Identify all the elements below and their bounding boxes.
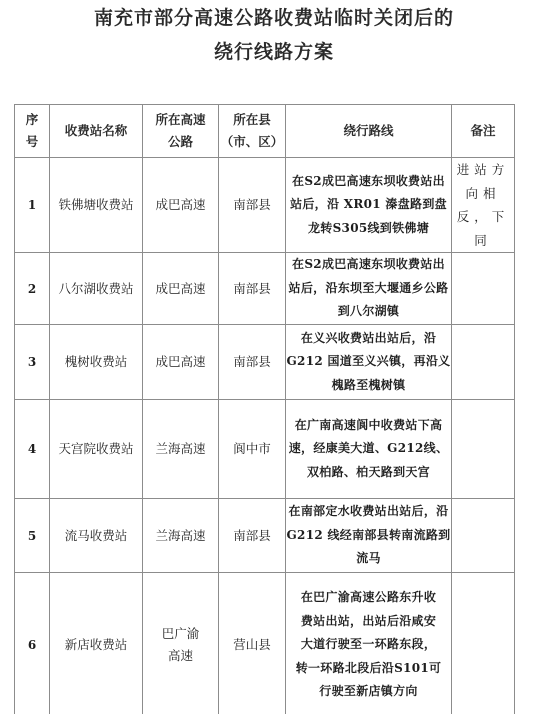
- row-number: 5: [15, 499, 50, 573]
- county-name: 南部县: [219, 325, 286, 400]
- highway-name: 成巴高速: [143, 158, 219, 253]
- detour-route: 在S2成巴高速东坝收费站出站后，沿 XR01 溱盘路到盘龙转S305线到铁佛塘: [286, 158, 452, 253]
- header-highway: 所在高速 公路: [143, 105, 219, 158]
- row-number: 4: [15, 400, 50, 499]
- row-number: 3: [15, 325, 50, 400]
- header-highway-line-1: 所在高速: [143, 109, 218, 131]
- header-county-line-1: 所在县: [219, 109, 285, 131]
- route-line: 转一环路北段后沿S101可: [286, 657, 451, 681]
- table-row: 2 八尔湖收费站 成巴高速 南部县 在S2成巴高速东坝收费站出站后，沿东坝至大堰…: [15, 253, 515, 325]
- highway-name: 兰海高速: [143, 400, 219, 499]
- detour-route: 在广南高速阆中收费站下高速，经康美大道、G212线、双柏路、柏天路到天宫: [286, 400, 452, 499]
- detour-route: 在义兴收费站出站后，沿G212 国道至义兴镇，再沿义槐路至槐树镇: [286, 325, 452, 400]
- highway-name: 兰海高速: [143, 499, 219, 573]
- route-note: [452, 499, 515, 573]
- station-name: 天宫院收费站: [50, 400, 143, 499]
- table-row: 1 铁佛塘收费站 成巴高速 南部县 在S2成巴高速东坝收费站出站后，沿 XR01…: [15, 158, 515, 253]
- county-name: 南部县: [219, 499, 286, 573]
- row-number: 2: [15, 253, 50, 325]
- route-line: 行驶至新店镇方向: [286, 680, 451, 704]
- header-note: 备注: [452, 105, 515, 158]
- row-number: 6: [15, 573, 50, 714]
- highway-name-line-1: 巴广渝: [143, 623, 218, 645]
- county-name: 南部县: [219, 253, 286, 325]
- header-station-name: 收费站名称: [50, 105, 143, 158]
- station-name: 八尔湖收费站: [50, 253, 143, 325]
- table-row: 6 新店收费站 巴广渝 高速 营山县 在巴广渝高速公路东升收 费站出站，出站后沿…: [15, 573, 515, 714]
- detour-route: 在南部定水收费站出站后，沿 G212 线经南部县转南流路到流马: [286, 499, 452, 573]
- header-no-line-1: 序: [15, 109, 49, 131]
- table-row: 3 槐树收费站 成巴高速 南部县 在义兴收费站出站后，沿G212 国道至义兴镇，…: [15, 325, 515, 400]
- route-line: 大道行驶至一环路东段，: [286, 633, 451, 657]
- table-header-row: 序 号 收费站名称 所在高速 公路 所在县 （市、区） 绕行路线 备注: [15, 105, 515, 158]
- station-name: 新店收费站: [50, 573, 143, 714]
- detour-route-table: 序 号 收费站名称 所在高速 公路 所在县 （市、区） 绕行路线 备注 1 铁佛…: [14, 104, 515, 714]
- header-no: 序 号: [15, 105, 50, 158]
- detour-route: 在巴广渝高速公路东升收 费站出站，出站后沿咸安 大道行驶至一环路东段， 转一环路…: [286, 573, 452, 714]
- county-name: 阆中市: [219, 400, 286, 499]
- header-highway-line-2: 公路: [143, 131, 218, 153]
- header-no-line-2: 号: [15, 131, 49, 153]
- route-note: [452, 253, 515, 325]
- table-row: 4 天宫院收费站 兰海高速 阆中市 在广南高速阆中收费站下高速，经康美大道、G2…: [15, 400, 515, 499]
- route-note: [452, 325, 515, 400]
- header-county: 所在县 （市、区）: [219, 105, 286, 158]
- station-name: 流马收费站: [50, 499, 143, 573]
- highway-name: 成巴高速: [143, 253, 219, 325]
- header-route: 绕行路线: [286, 105, 452, 158]
- station-name: 槐树收费站: [50, 325, 143, 400]
- station-name: 铁佛塘收费站: [50, 158, 143, 253]
- document-title-line-2: 绕行线路方案: [0, 40, 548, 64]
- table-row: 5 流马收费站 兰海高速 南部县 在南部定水收费站出站后，沿 G212 线经南部…: [15, 499, 515, 573]
- header-county-line-2: （市、区）: [219, 131, 285, 153]
- row-number: 1: [15, 158, 50, 253]
- county-name: 营山县: [219, 573, 286, 714]
- route-line: 在巴广渝高速公路东升收: [286, 586, 451, 610]
- highway-name: 巴广渝 高速: [143, 573, 219, 714]
- highway-name: 成巴高速: [143, 325, 219, 400]
- route-line: 费站出站，出站后沿咸安: [286, 610, 451, 634]
- document-title-line-1: 南充市部分高速公路收费站临时关闭后的: [0, 6, 548, 30]
- route-note: [452, 400, 515, 499]
- highway-name-line-2: 高速: [143, 645, 218, 667]
- route-note: 进站方向相反，下同: [452, 158, 515, 253]
- route-note: [452, 573, 515, 714]
- detour-route: 在S2成巴高速东坝收费站出站后，沿东坝至大堰通乡公路到八尔湖镇: [286, 253, 452, 325]
- county-name: 南部县: [219, 158, 286, 253]
